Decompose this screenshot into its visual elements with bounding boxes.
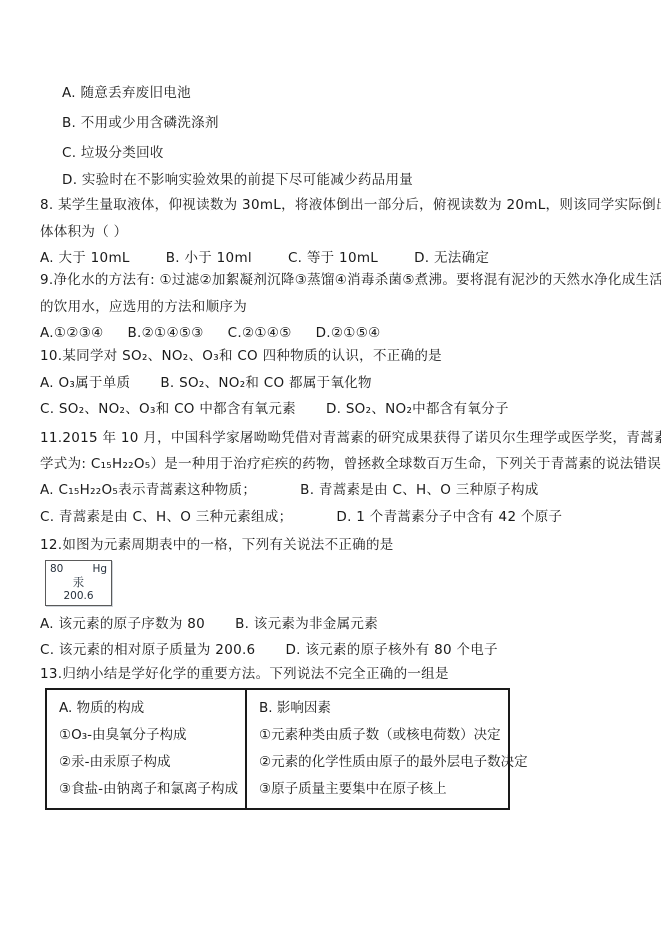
q11-stem-line1: 11.2015 年 10 月，中国科学家屠呦呦凭借对青蒿素的研究成果获得了诺贝尔… — [40, 430, 633, 447]
q10-option-a: A. O₃属于单质 — [40, 375, 130, 392]
q10-option-d: D. SO₂、NO₂中都含有氧分子 — [326, 401, 509, 418]
element-name: 汞 — [50, 577, 107, 588]
q7-option-d: D. 实验时在不影响实验效果的前提下尽可能减少药品用量 — [40, 172, 633, 189]
q11-option-a: A. C₁₅H₂₂O₅表示青蒿素这种物质； — [40, 482, 256, 499]
q12-options-row-ab: A. 该元素的原子序数为 80 B. 该元素为非金属元素 — [40, 616, 633, 633]
element-atomic-number: 80 — [50, 563, 63, 575]
q9-stem-line1: 9.净化水的方法有: ①过滤②加絮凝剂沉降③蒸馏④消毒杀菌⑤煮沸。要将混有泥沙的… — [40, 272, 633, 289]
q13-cell-b-item2: ②元素的化学性质由原子的最外层电子数决定 — [259, 754, 528, 771]
q13-table-cell-a: A. 物质的构成 ①O₃-由臭氧分子构成 ②汞-由汞原子构成 ③食盐-由钠离子和… — [47, 690, 245, 808]
q12-option-a: A. 该元素的原子序数为 80 — [40, 616, 205, 633]
q9-stem-line2: 的饮用水，应选用的方法和顺序为 — [40, 299, 633, 316]
q9-option-a: A.①②③④ — [40, 325, 104, 342]
q13-table-cell-b: B. 影响因素 ①元素种类由质子数（或核电荷数）决定 ②元素的化学性质由原子的最… — [245, 690, 536, 808]
q9-option-d: D.②①⑤④ — [316, 325, 381, 342]
q7-option-a: A. 随意丢弃废旧电池 — [40, 85, 633, 102]
q11-options-row-cd: C. 青蒿素是由 C、H、O 三种元素组成； D. 1 个青蒿素分子中含有 42… — [40, 509, 633, 526]
q7-option-b: B. 不用或少用含磷洗涤剂 — [40, 115, 633, 132]
q11-stem-line2: 学式为: C₁₅H₂₂O₅）是一种用于治疗疟疾的药物，曾拯救全球数百万生命，下列… — [40, 456, 633, 473]
element-cell-top-row: 80 Hg — [50, 563, 107, 575]
periodic-table-element-cell: 80 Hg 汞 200.6 — [45, 560, 112, 606]
element-symbol: Hg — [92, 563, 107, 575]
q11-option-c: C. 青蒿素是由 C、H、O 三种元素组成； — [40, 509, 292, 526]
q10-options-row-cd: C. SO₂、NO₂、O₃和 CO 中都含有氧元素 D. SO₂、NO₂中都含有… — [40, 401, 633, 418]
q11-option-d: D. 1 个青蒿素分子中含有 42 个原子 — [336, 509, 562, 526]
q13-cell-a-item1: ①O₃-由臭氧分子构成 — [59, 727, 237, 744]
q9-options-row: A.①②③④ B.②①④⑤③ C.②①④⑤ D.②①⑤④ — [40, 325, 633, 342]
exam-document-page: A. 随意丢弃废旧电池 B. 不用或少用含磷洗涤剂 C. 垃圾分类回收 D. 实… — [0, 0, 661, 935]
q12-option-b: B. 该元素为非金属元素 — [235, 616, 378, 633]
q8-stem-line2: 体体积为（ ） — [40, 224, 633, 241]
q13-comparison-table: A. 物质的构成 ①O₃-由臭氧分子构成 ②汞-由汞原子构成 ③食盐-由钠离子和… — [45, 688, 510, 810]
q8-option-d: D. 无法确定 — [414, 250, 489, 267]
q8-option-a: A. 大于 10mL — [40, 250, 130, 267]
q12-stem: 12.如图为元素周期表中的一格，下列有关说法不正确的是 — [40, 537, 633, 554]
q9-option-b: B.②①④⑤③ — [128, 325, 204, 342]
q12-option-d: D. 该元素的原子核外有 80 个电子 — [285, 642, 497, 659]
q10-option-b: B. SO₂、NO₂和 CO 都属于氧化物 — [160, 375, 372, 392]
q13-cell-a-item2: ②汞-由汞原子构成 — [59, 754, 237, 771]
element-atomic-mass: 200.6 — [50, 590, 107, 602]
q13-cell-b-item3: ③原子质量主要集中在原子核上 — [259, 781, 528, 798]
q10-stem: 10.某同学对 SO₂、NO₂、O₃和 CO 四种物质的认识，不正确的是 — [40, 348, 633, 365]
q13-cell-a-header: A. 物质的构成 — [59, 700, 237, 717]
q8-options-row: A. 大于 10mL B. 小于 10ml C. 等于 10mL D. 无法确定 — [40, 250, 633, 267]
q11-options-row-ab: A. C₁₅H₂₂O₅表示青蒿素这种物质； B. 青蒿素是由 C、H、O 三种原… — [40, 482, 633, 499]
q13-stem: 13.归纳小结是学好化学的重要方法。下列说法不完全正确的一组是 — [40, 666, 633, 683]
q8-stem-line1: 8. 某学生量取液体，仰视读数为 30mL，将液体倒出一部分后，俯视读数为 20… — [40, 197, 633, 214]
q13-cell-b-item1: ①元素种类由质子数（或核电荷数）决定 — [259, 727, 528, 744]
q13-cell-b-header: B. 影响因素 — [259, 700, 528, 717]
q7-option-c: C. 垃圾分类回收 — [40, 145, 633, 162]
q8-option-b: B. 小于 10ml — [166, 250, 252, 267]
q10-options-row-ab: A. O₃属于单质 B. SO₂、NO₂和 CO 都属于氧化物 — [40, 375, 633, 392]
q12-options-row-cd: C. 该元素的相对原子质量为 200.6 D. 该元素的原子核外有 80 个电子 — [40, 642, 633, 659]
q10-option-c: C. SO₂、NO₂、O₃和 CO 中都含有氧元素 — [40, 401, 296, 418]
q9-option-c: C.②①④⑤ — [228, 325, 292, 342]
q12-option-c: C. 该元素的相对原子质量为 200.6 — [40, 642, 255, 659]
q11-option-b: B. 青蒿素是由 C、H、O 三种原子构成 — [300, 482, 538, 499]
q13-cell-a-item3: ③食盐-由钠离子和氯离子构成 — [59, 781, 237, 798]
q8-option-c: C. 等于 10mL — [288, 250, 378, 267]
